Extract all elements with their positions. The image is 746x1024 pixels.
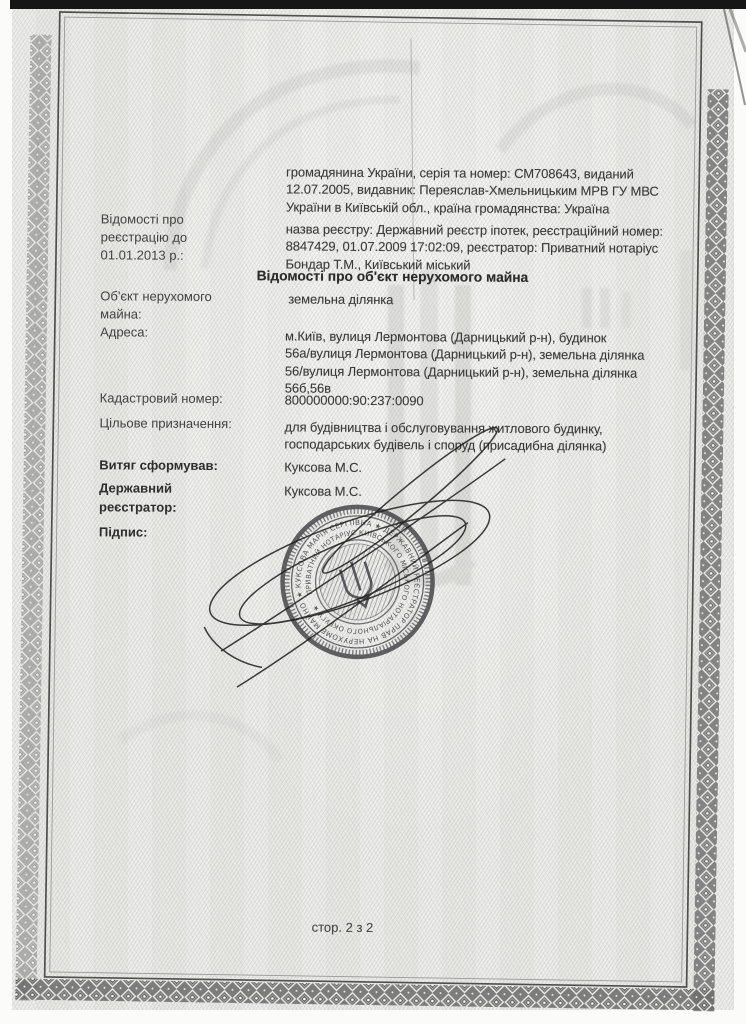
registry-info-block: назва реєстру: Державний реєстр іпотек, … — [285, 220, 662, 275]
registration-note-line: реєстрацію до — [101, 228, 188, 246]
registry-info-line: назва реєстру: Державний реєстр іпотек, … — [286, 220, 663, 240]
registration-note-line: 01.01.2013 р.: — [101, 246, 188, 264]
address-value-line: м.Київ, вулиця Лермонтова (Дарницький р-… — [285, 327, 645, 347]
passport-info-block: громадянина України, серія та номер: СМ7… — [286, 163, 659, 217]
registration-note-label: Відомості про реєстрацію до 01.01.2013 р… — [101, 210, 188, 264]
document-content: громадянина України, серія та номер: СМ7… — [0, 0, 746, 1024]
registry-info-line: 8847429, 01.07.2009 17:02:09, реєстратор… — [286, 238, 663, 258]
address-field-label: Адреса: — [100, 323, 148, 341]
scanned-document-page: громадянина України, серія та номер: СМ7… — [0, 0, 746, 1024]
registration-note-line: Відомості про — [101, 210, 188, 228]
passport-info-line: громадянина України, серія та номер: СМ7… — [286, 163, 659, 183]
page-number: стор. 2 з 2 — [92, 918, 592, 936]
object-field-value: земельна ділянка — [288, 290, 393, 308]
object-field-label: Об'єкт нерухомого майна: — [100, 287, 212, 323]
address-value-line: 56а/вулиця Лермонтова (Дарницький р-н), … — [285, 345, 645, 365]
passport-info-line: 12.07.2005, видавник: Переяслав-Хмельниц… — [286, 181, 659, 201]
object-label-line: майна: — [100, 305, 212, 323]
object-label-line: Об'єкт нерухомого — [100, 287, 212, 305]
section-title: Відомості про об'єкт нерухомого майна — [121, 267, 663, 285]
stamp-and-signature-svg: ★ КУКСОВА МАРІЯ СЕРГІЇВНА ★ ДЕРЖАВНИЙ РЕ… — [119, 378, 601, 721]
passport-info-line: України в Київській обл., країна громадя… — [286, 198, 659, 218]
